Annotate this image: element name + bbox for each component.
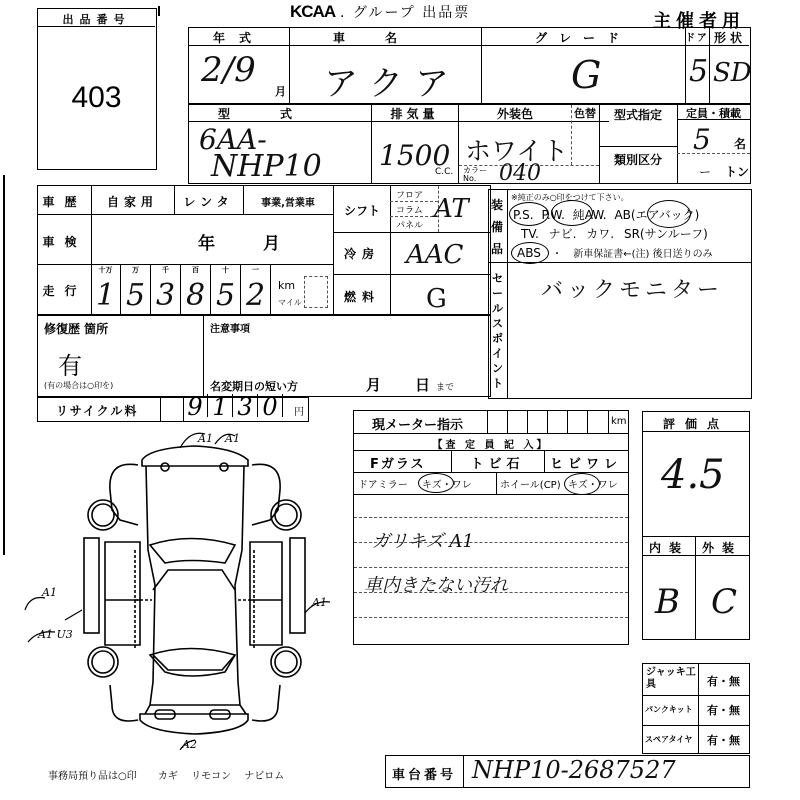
mileage-digit-value: 5 (211, 278, 240, 313)
accessory-jack-value[interactable]: 有・無 (698, 673, 749, 689)
score-label: 評価点 (643, 415, 749, 432)
mileage-digit-label: 十 (211, 265, 240, 275)
diagram-mark-rear: A2 (181, 738, 197, 750)
year-value: 2/9 (201, 50, 256, 90)
glass-option-chip[interactable]: トビ石 (451, 453, 544, 472)
diagram-mark-left-1: A1 (41, 586, 57, 599)
repair-label: 修復歴 箇所 (44, 320, 108, 337)
glass-label: Fガラス (370, 453, 426, 472)
brand-logo: KCAA (290, 2, 335, 21)
chassis-label: 車台番号 (392, 764, 456, 783)
mirror-label: ドアミラー (358, 476, 408, 491)
lot-number: 403 (38, 81, 155, 115)
shape-value: SD (713, 58, 752, 88)
meter-unit: km (611, 416, 627, 427)
mileage-mile-checkbox[interactable] (304, 276, 328, 308)
equip-warranty[interactable]: 新車保証書←(注) 後日送りのみ (573, 249, 712, 260)
score-block: 評価点 4.5 内装 外装 B C (642, 411, 750, 640)
interior-label: 内装 (643, 539, 695, 556)
history-option-private[interactable]: 自家用 (91, 193, 174, 210)
office-item-navirom[interactable]: ナビロム (244, 771, 284, 782)
history-option-business[interactable]: 事業,営業車 (243, 194, 333, 209)
office-item-remote[interactable]: リモコン (191, 771, 231, 782)
meter-label: 現メーター指示 (372, 414, 463, 433)
mileage-digit-label: 百 (181, 265, 210, 275)
history-label: 車歴 (38, 193, 91, 210)
name-change-day: 日 (415, 374, 430, 395)
vehicle-row-1: 年式 車名 グレード ドア 形状 2/9 月 アクア G 5 SD (188, 27, 751, 104)
exterior-label: 外装 (695, 539, 749, 556)
history-block: 車歴 自家用 レンタ 事業,営業車 車検 年 月 走行 十万1万5千3百8十5一… (37, 185, 334, 315)
caution-label: 注意事項 (210, 320, 250, 335)
mileage-digit-cell: 十5 (211, 264, 241, 314)
lot-number-label: 出品番号 (38, 11, 155, 27)
fuel-label: 燃料 (334, 288, 390, 305)
wheel-label: ホイール(CP) (500, 476, 561, 491)
recycle-block: リサイクル料 9130 円 (37, 397, 309, 422)
capacity-label: 定員・積載 (677, 105, 750, 121)
equipment-row-2: TV. ナビ. カワ. SR(サンルーフ) (521, 225, 708, 242)
meter-block: 現メーター指示 km 【査 定 員 記 入】 Fガラス トビ石 ヒビワレ ドアミ… (353, 410, 629, 645)
accessory-puncture-value[interactable]: 有・無 (698, 702, 749, 718)
shift-option-column[interactable]: コラム (396, 203, 423, 216)
equip-tv[interactable]: TV. (521, 227, 539, 241)
name-change-month: 月 (366, 374, 381, 395)
mileage-digit-label: 千 (151, 265, 180, 275)
grade-label: グレード (481, 29, 685, 46)
sale-point-block: セールスポイント バックモニター (488, 262, 752, 399)
equip-leather[interactable]: カワ. (586, 227, 614, 241)
mileage-digit-value: 2 (241, 278, 270, 313)
accessory-spare-value[interactable]: 有・無 (698, 732, 749, 748)
glass-option-crack[interactable]: ヒビワレ (544, 453, 628, 472)
equip-sunroof[interactable]: SR(サンルーフ) (624, 227, 708, 241)
category-label: 類別区分 (599, 151, 677, 168)
name-label: 車名 (289, 29, 481, 46)
exterior-value: C (711, 582, 737, 622)
lot-number-box: 出品番号 403 (37, 8, 157, 170)
repair-note: (有の場合は○印を) (44, 380, 113, 391)
interior-value: B (655, 582, 680, 622)
name-change-until: まで (436, 380, 454, 393)
chassis-value: NHP10-2687527 (472, 756, 676, 784)
office-items-row: 事務局預り品は○印 カギ リモコン ナビロム (48, 767, 284, 782)
circle-ps (509, 202, 549, 226)
load-value: ー (699, 163, 711, 180)
repair-value[interactable]: 有 (58, 346, 82, 381)
shift-label: シフト (334, 202, 390, 219)
capacity-value: 5 (693, 123, 711, 156)
equipment-label: 装備品 (491, 194, 505, 260)
mileage-digit-label: 一 (241, 265, 270, 275)
recycle-label: リサイクル料 (56, 402, 138, 419)
mileage-unit-mile: マイル (278, 297, 302, 308)
recycle-unit: 円 (294, 403, 304, 418)
mileage-digit-value: 1 (91, 278, 120, 313)
diagram-mark-front-2: A1 (224, 432, 240, 445)
mileage-digit-value: 8 (181, 278, 210, 313)
fuel-value: G (426, 284, 447, 314)
shift-option-panel[interactable]: パネル (396, 218, 423, 231)
score-value: 4.5 (661, 452, 725, 498)
color-no-value: 040 (499, 161, 541, 186)
inspection-month-unit: 月 (263, 229, 280, 254)
name-change-label: 名変期日の短い方 (210, 378, 298, 394)
mileage-unit-km: km (278, 279, 295, 292)
vehicle-name-value: アクア (324, 56, 461, 105)
year-label: 年式 (189, 29, 289, 46)
circle-ab (647, 200, 691, 228)
recycle-digit: 3 (233, 394, 258, 417)
doors-value: 5 (689, 54, 708, 89)
shift-option-floor[interactable]: フロア (396, 188, 423, 201)
accessory-spare-label: スペアタイヤ (645, 734, 692, 745)
mileage-digit-cell: 一2 (241, 264, 271, 314)
shape-label: 形状 (709, 29, 751, 46)
mileage-digit-cell: 万5 (121, 264, 151, 314)
accessory-jack-label: ジャッキ工具 (646, 667, 696, 691)
office-items-label: 事務局預り品は○印 (48, 771, 137, 782)
recycle-digit: 1 (208, 394, 233, 417)
sale-point-label: セールスポイント (492, 271, 504, 391)
load-unit: トン (725, 163, 749, 180)
grade-value: G (571, 53, 601, 97)
circle-mirror-scratch (418, 473, 454, 493)
circle-abs (511, 242, 549, 264)
office-item-key[interactable]: カギ (158, 771, 178, 782)
diagram-mark-right: A1 (311, 596, 327, 609)
form-title: . グループ 出品票 (340, 5, 470, 21)
capacity-unit: 名 (734, 135, 746, 152)
aircon-value: AAC (406, 240, 463, 270)
inspection-label: 車検 (38, 233, 91, 250)
mileage-digit-cell: 千3 (151, 264, 181, 314)
displacement-label: 排気量 (371, 105, 458, 122)
mileage-digit-cell: 百8 (181, 264, 211, 314)
aircon-label: 冷房 (334, 245, 390, 262)
recycle-digit: 0 (258, 394, 283, 417)
diagram-mark-left-2: A1 U3 (37, 628, 73, 641)
circle-pw (551, 200, 593, 226)
vehicle-row-2: 型式 排気量 外装色 色替 型式指定 類別区分 定員・積載 6AA- NHP10… (188, 104, 751, 184)
form-header: KCAA . グループ 出品票 (290, 2, 470, 22)
color-no-label: カラー No. (463, 167, 487, 183)
equip-separator: ・ (552, 249, 562, 260)
mileage-digit-label: 万 (121, 265, 150, 275)
circle-wheel-scratch (564, 473, 600, 495)
displacement-unit: C.C. (435, 167, 453, 177)
repair-caution-block: 修復歴 箇所 有 (有の場合は○印を) 注意事項 名変期日の短い方 月 日 まで (37, 315, 491, 397)
recycle-digit: 9 (183, 394, 208, 417)
inspector-note-2: 車内きたない汚れ (364, 571, 508, 597)
model-value-line2: NHP10 (211, 149, 322, 184)
shift-block: シフト フロア コラム パネル AT 冷房 AAC 燃料 G (333, 185, 491, 315)
mileage-label: 走行 (38, 282, 91, 299)
year-month-unit: 月 (275, 83, 286, 99)
chassis-block: 車台番号 NHP10-2687527 (385, 755, 750, 788)
color-change-label: 色替 (571, 105, 599, 121)
history-option-rental[interactable]: レンタ (174, 193, 243, 210)
accessory-puncture-label: パンクキット (645, 704, 693, 715)
type-designation-label: 型式指定 (599, 106, 677, 123)
inspector-note-1: ガリキズ A1 (372, 527, 474, 553)
shift-value: AT (434, 194, 469, 224)
inspector-label: 【査 定 員 記 入】 (354, 436, 628, 451)
inspection-year-unit: 年 (198, 229, 215, 254)
mileage-digit-value: 5 (121, 278, 150, 313)
doors-label: ドア (685, 29, 709, 44)
mileage-digit-label: 十万 (91, 265, 120, 275)
model-label: 型式 (189, 105, 371, 122)
sale-point-value: バックモニター (541, 273, 723, 304)
accessories-block: ジャッキ工具 有・無 パンクキット 有・無 スペアタイヤ 有・無 (642, 663, 750, 754)
car-damage-diagram[interactable]: A1 A1 A1 A1 U3 A1 A2 (20, 420, 350, 750)
color-label: 外装色 (459, 105, 571, 122)
diagram-mark-front-1: A1 (197, 432, 213, 445)
mileage-digit-cell: 十万1 (91, 264, 121, 314)
equip-navi[interactable]: ナビ. (549, 227, 577, 241)
mileage-digit-value: 3 (151, 278, 180, 313)
equipment-block: 装備品 ※純正のみ○印をつけて下さい。 P.S. P.W. 純AW. AB(エア… (488, 189, 752, 263)
